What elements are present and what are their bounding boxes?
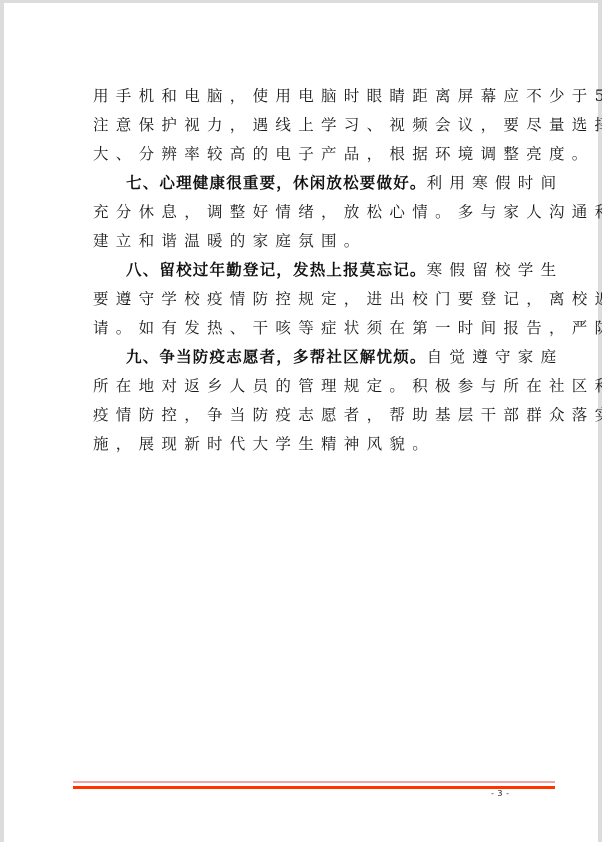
text-line: 疫情防控，争当防疫志愿者，帮助基层干部群众落实防控措	[93, 401, 523, 430]
paragraph-continuation: 用手机和电脑，使用电脑时眼睛距离屏幕应不少于50厘米。 注意保护视力，遇线上学习…	[93, 82, 523, 169]
text-line: 八、留校过年勤登记，发热上报莫忘记。寒假留校学生	[93, 256, 523, 285]
text-line: 用手机和电脑，使用电脑时眼睛距离屏幕应不少于50厘米。	[93, 82, 523, 111]
text-line: 九、争当防疫志愿者，多帮社区解忧烦。自觉遵守家庭	[93, 343, 523, 372]
text-span: 寒假留校学生	[427, 261, 564, 279]
text-line: 所在地对返乡人员的管理规定。积极参与所在社区和乡村的	[93, 372, 523, 401]
page-number: - 3 -	[491, 789, 509, 798]
text-line: 注意保护视力，遇线上学习、视频会议，要尽量选择屏幕较	[93, 111, 523, 140]
section-heading: 八、留校过年勤登记，发热上报莫忘记。	[126, 261, 427, 279]
text-line: 要遵守学校疫情防控规定，进出校门要登记，离校返校要申	[93, 285, 523, 314]
text-line: 七、心理健康很重要，休闲放松要做好。利用寒假时间	[93, 169, 523, 198]
paragraph-section-8: 八、留校过年勤登记，发热上报莫忘记。寒假留校学生 要遵守学校疫情防控规定，进出校…	[93, 256, 523, 343]
section-heading: 七、心理健康很重要，休闲放松要做好。	[126, 174, 427, 192]
text-span: 自觉遵守家庭	[427, 348, 564, 366]
text-line: 大、分辨率较高的电子产品，根据环境调整亮度。	[93, 140, 523, 169]
document-page: 用手机和电脑，使用电脑时眼睛距离屏幕应不少于50厘米。 注意保护视力，遇线上学习…	[4, 3, 598, 842]
text-line: 施，展现新时代大学生精神风貌。	[93, 430, 523, 459]
paragraph-section-9: 九、争当防疫志愿者，多帮社区解忧烦。自觉遵守家庭 所在地对返乡人员的管理规定。积…	[93, 343, 523, 459]
footer-rule-thick	[73, 786, 555, 789]
text-span: 利用寒假时间	[427, 174, 564, 192]
text-line: 充分休息，调整好情绪，放松心情。多与家人沟通和交流，	[93, 198, 523, 227]
footer-rule-thin	[73, 781, 555, 783]
paragraph-section-7: 七、心理健康很重要，休闲放松要做好。利用寒假时间 充分休息，调整好情绪，放松心情…	[93, 169, 523, 256]
section-heading: 九、争当防疫志愿者，多帮社区解忧烦。	[126, 348, 427, 366]
text-line: 请。如有发热、干咳等症状须在第一时间报告，严防疫情。	[93, 314, 523, 343]
text-line: 建立和谐温暖的家庭氛围。	[93, 227, 523, 256]
document-body: 用手机和电脑，使用电脑时眼睛距离屏幕应不少于50厘米。 注意保护视力，遇线上学习…	[93, 82, 523, 459]
